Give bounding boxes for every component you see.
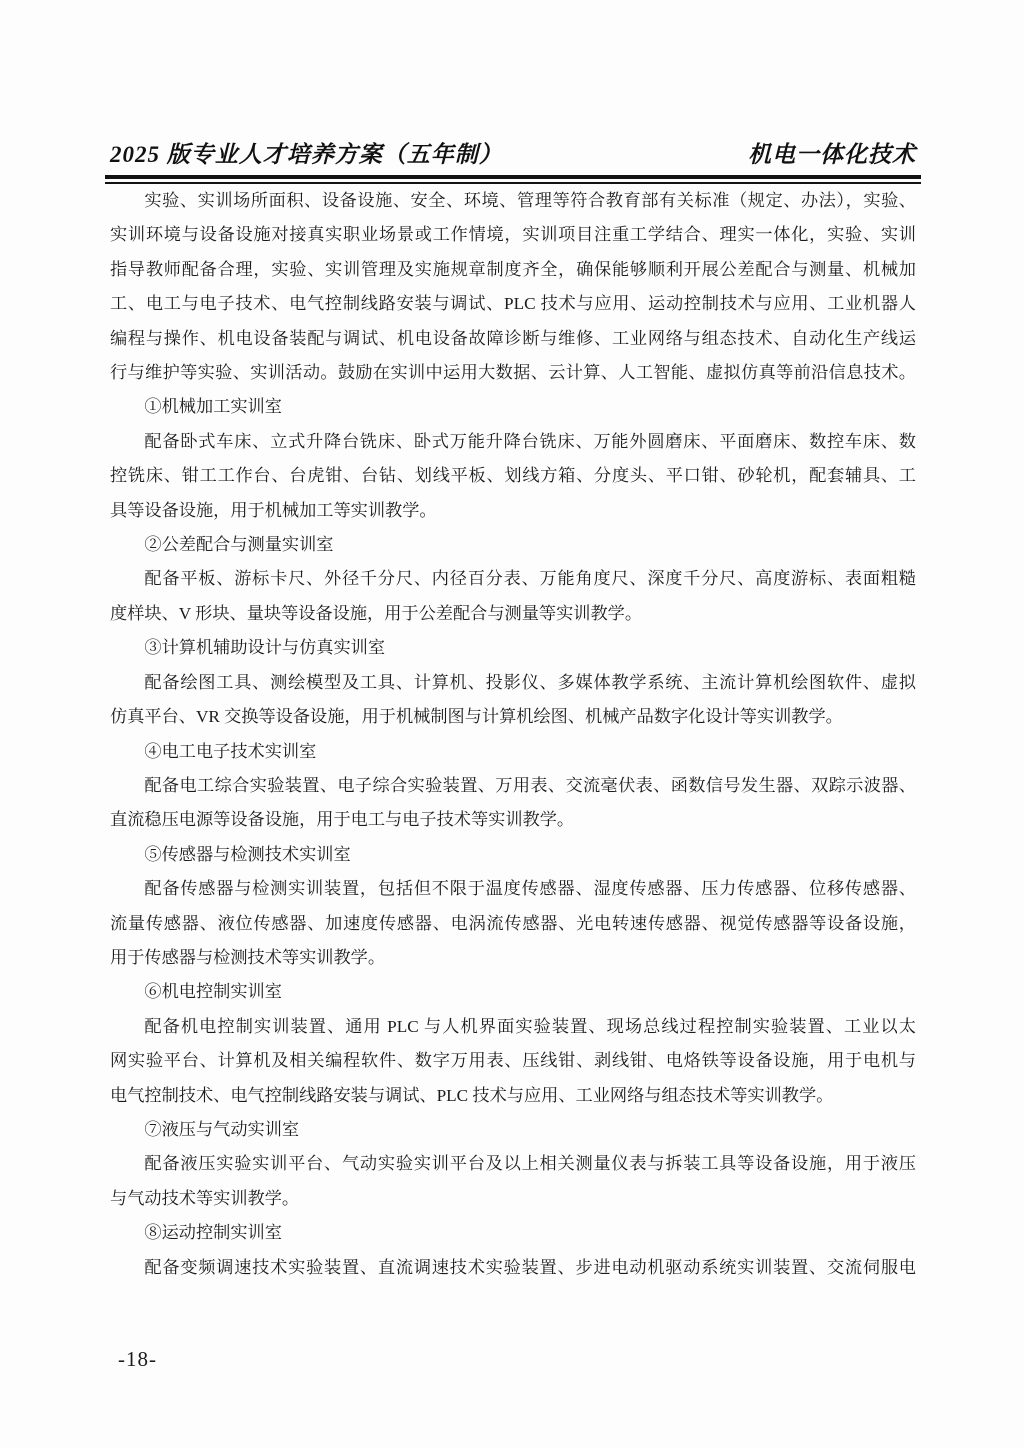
text-line: 网实验平台、计算机及相关编程软件、数字万用表、压线钳、剥线钳、电烙铁等设备设施，… bbox=[110, 1044, 916, 1078]
text-line: 电气控制技术、电气控制线路安装与调试、PLC 技术与应用、工业网络与组态技术等实… bbox=[110, 1079, 916, 1113]
section-heading: ⑦液压与气动实训室 bbox=[110, 1113, 916, 1147]
text-line: 流量传感器、液位传感器、加速度传感器、电涡流传感器、光电转速传感器、视觉传感器等… bbox=[110, 907, 916, 941]
text-line: 实验、实训场所面积、设备设施、安全、环境、管理等符合教育部有关标准（规定、办法）… bbox=[110, 184, 916, 218]
text-line: 与气动技术等实训教学。 bbox=[110, 1182, 916, 1216]
text-line: 配备机电控制实训装置、通用 PLC 与人机界面实验装置、现场总线过程控制实验装置… bbox=[110, 1010, 916, 1044]
header-right-title: 机电一体化技术 bbox=[748, 136, 916, 169]
document-body: 实验、实训场所面积、设备设施、安全、环境、管理等符合教育部有关标准（规定、办法）… bbox=[110, 184, 916, 1285]
section-heading: ③计算机辅助设计与仿真实训室 bbox=[110, 631, 916, 665]
text-line: 配备液压实验实训平台、气动实验实训平台及以上相关测量仪表与拆装工具等设备设施，用… bbox=[110, 1147, 916, 1181]
text-line: 度样块、V 形块、量块等设备设施，用于公差配合与测量等实训教学。 bbox=[110, 597, 916, 631]
section-heading: ⑤传感器与检测技术实训室 bbox=[110, 838, 916, 872]
header-left-title: 2025 版专业人才培养方案（五年制） bbox=[110, 136, 503, 169]
section-heading: ①机械加工实训室 bbox=[110, 390, 916, 424]
section-heading: ⑧运动控制实训室 bbox=[110, 1216, 916, 1250]
text-line: 控铣床、钳工工作台、台虎钳、台钻、划线平板、划线方箱、分度头、平口钳、砂轮机，配… bbox=[110, 459, 916, 493]
text-line: 仿真平台、VR 交换等设备设施，用于机械制图与计算机绘图、机械产品数字化设计等实… bbox=[110, 700, 916, 734]
text-line: 配备电工综合实验装置、电子综合实验装置、万用表、交流毫伏表、函数信号发生器、双踪… bbox=[110, 769, 916, 803]
text-line: 编程与操作、机电设备装配与调试、机电设备故障诊断与维修、工业网络与组态技术、自动… bbox=[110, 322, 916, 356]
text-line: 配备传感器与检测实训装置，包括但不限于温度传感器、湿度传感器、压力传感器、位移传… bbox=[110, 872, 916, 906]
text-line: 配备变频调速技术实验装置、直流调速技术实验装置、步进电动机驱动系统实训装置、交流… bbox=[110, 1251, 916, 1285]
text-line: 行与维护等实验、实训活动。鼓励在实训中运用大数据、云计算、人工智能、虚拟仿真等前… bbox=[110, 356, 916, 390]
section-heading: ②公差配合与测量实训室 bbox=[110, 528, 916, 562]
text-line: 配备卧式车床、立式升降台铣床、卧式万能升降台铣床、万能外圆磨床、平面磨床、数控车… bbox=[110, 425, 916, 459]
text-line: 配备平板、游标卡尺、外径千分尺、内径百分表、万能角度尺、深度千分尺、高度游标、表… bbox=[110, 562, 916, 596]
page-footer: -18- bbox=[118, 1347, 157, 1372]
section-heading: ⑥机电控制实训室 bbox=[110, 975, 916, 1009]
text-line: 实训环境与设备设施对接真实职业场景或工作情境，实训项目注重工学结合、理实一体化，… bbox=[110, 218, 916, 252]
text-line: 用于传感器与检测技术等实训教学。 bbox=[110, 941, 916, 975]
page-number: -18- bbox=[118, 1347, 157, 1371]
text-line: 工、电工与电子技术、电气控制线路安装与调试、PLC 技术与应用、运动控制技术与应… bbox=[110, 287, 916, 321]
section-heading: ④电工电子技术实训室 bbox=[110, 735, 916, 769]
text-line: 直流稳压电源等设备设施，用于电工与电子技术等实训教学。 bbox=[110, 803, 916, 837]
text-line: 指导教师配备合理，实验、实训管理及实施规章制度齐全，确保能够顺利开展公差配合与测… bbox=[110, 253, 916, 287]
page-header: 2025 版专业人才培养方案（五年制） 机电一体化技术 bbox=[110, 136, 916, 169]
header-rule bbox=[105, 175, 921, 184]
text-line: 配备绘图工具、测绘模型及工具、计算机、投影仪、多媒体教学系统、主流计算机绘图软件… bbox=[110, 666, 916, 700]
text-line: 具等设备设施，用于机械加工等实训教学。 bbox=[110, 494, 916, 528]
